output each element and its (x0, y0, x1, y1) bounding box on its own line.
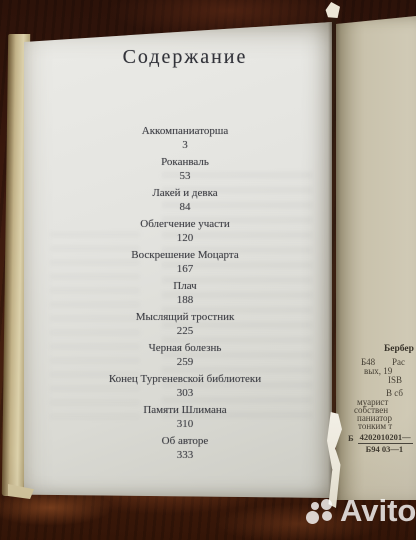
toc-page-number: 167 (38, 262, 332, 276)
book-photo: Содержание Аккомпаниаторша 3 Роканваль 5… (0, 0, 416, 540)
toc-entry: Конец Тургеневской библиотеки 303 (38, 372, 332, 400)
toc-page-number: 84 (38, 200, 332, 214)
toc-entry: Памяти Шлимана 310 (38, 403, 332, 431)
catalog-code-fraction: 4202010201— Б94 03—1 (358, 433, 413, 454)
toc-page-number: 303 (38, 386, 332, 400)
avito-wordmark: Avito (340, 494, 416, 528)
right-page-line: В сб (386, 388, 403, 398)
avito-logo-circle (306, 511, 319, 524)
page-heading: Содержание (38, 46, 332, 69)
catalog-code-numerator: 4202010201— (358, 433, 413, 444)
toc-list: Аккомпаниаторша 3 Роканваль 53 Лакей и д… (38, 124, 332, 462)
toc-page-number: 259 (38, 355, 332, 369)
catalog-code-denominator: Б94 03—1 (358, 444, 413, 454)
toc-entry: Лакей и девка 84 (38, 186, 332, 214)
toc-title: Конец Тургеневской библиотеки (38, 372, 332, 386)
toc-title: Воскрешение Моцарта (38, 248, 332, 262)
catalog-code: Б 4202010201— Б94 03—1 (348, 433, 413, 454)
toc-title: Черная болезнь (38, 341, 332, 355)
torn-page-sliver-top (324, 2, 340, 18)
table-of-contents: Содержание Аккомпаниаторша 3 Роканваль 5… (24, 22, 332, 498)
toc-entry: Мыслящий тростник 225 (38, 310, 332, 338)
toc-entry: Воскрешение Моцарта 167 (38, 248, 332, 276)
catalog-code-prefix: Б (348, 433, 354, 443)
toc-title: Роканваль (38, 155, 332, 169)
toc-title: Аккомпаниаторша (38, 124, 332, 138)
avito-logo-circle (322, 511, 332, 521)
toc-page-number: 310 (38, 417, 332, 431)
right-page-partial: Бербер Б48 Рас вых, 19 ISB В сб муарист … (336, 14, 416, 500)
toc-entry: Облегчение участи 120 (38, 217, 332, 245)
toc-title: Плач (38, 279, 332, 293)
right-page-line: Рас (392, 357, 405, 367)
toc-entry: Плач 188 (38, 279, 332, 307)
toc-page-number: 188 (38, 293, 332, 307)
avito-logo-circle (321, 499, 332, 510)
toc-page-number: 3 (38, 138, 332, 152)
right-page-line: ISB (388, 375, 402, 385)
toc-page-number: 225 (38, 324, 332, 338)
toc-title: Об авторе (38, 434, 332, 448)
toc-page-number: 53 (38, 169, 332, 183)
toc-title: Памяти Шлимана (38, 403, 332, 417)
right-page-line: тонким т (358, 421, 392, 431)
toc-title: Мыслящий тростник (38, 310, 332, 324)
avito-watermark: Avito (305, 494, 416, 528)
toc-page-number: 333 (38, 448, 332, 462)
avito-logo-circle (311, 502, 319, 510)
toc-page-number: 120 (38, 231, 332, 245)
toc-title: Облегчение участи (38, 217, 332, 231)
toc-entry: Об авторе 333 (38, 434, 332, 462)
left-page-contents: Содержание Аккомпаниаторша 3 Роканваль 5… (24, 22, 332, 498)
toc-entry: Роканваль 53 (38, 155, 332, 183)
toc-title: Лакей и девка (38, 186, 332, 200)
toc-entry: Черная болезнь 259 (38, 341, 332, 369)
avito-logo-icon (305, 499, 335, 527)
right-page-line: Бербер (384, 344, 414, 354)
toc-entry: Аккомпаниаторша 3 (38, 124, 332, 152)
